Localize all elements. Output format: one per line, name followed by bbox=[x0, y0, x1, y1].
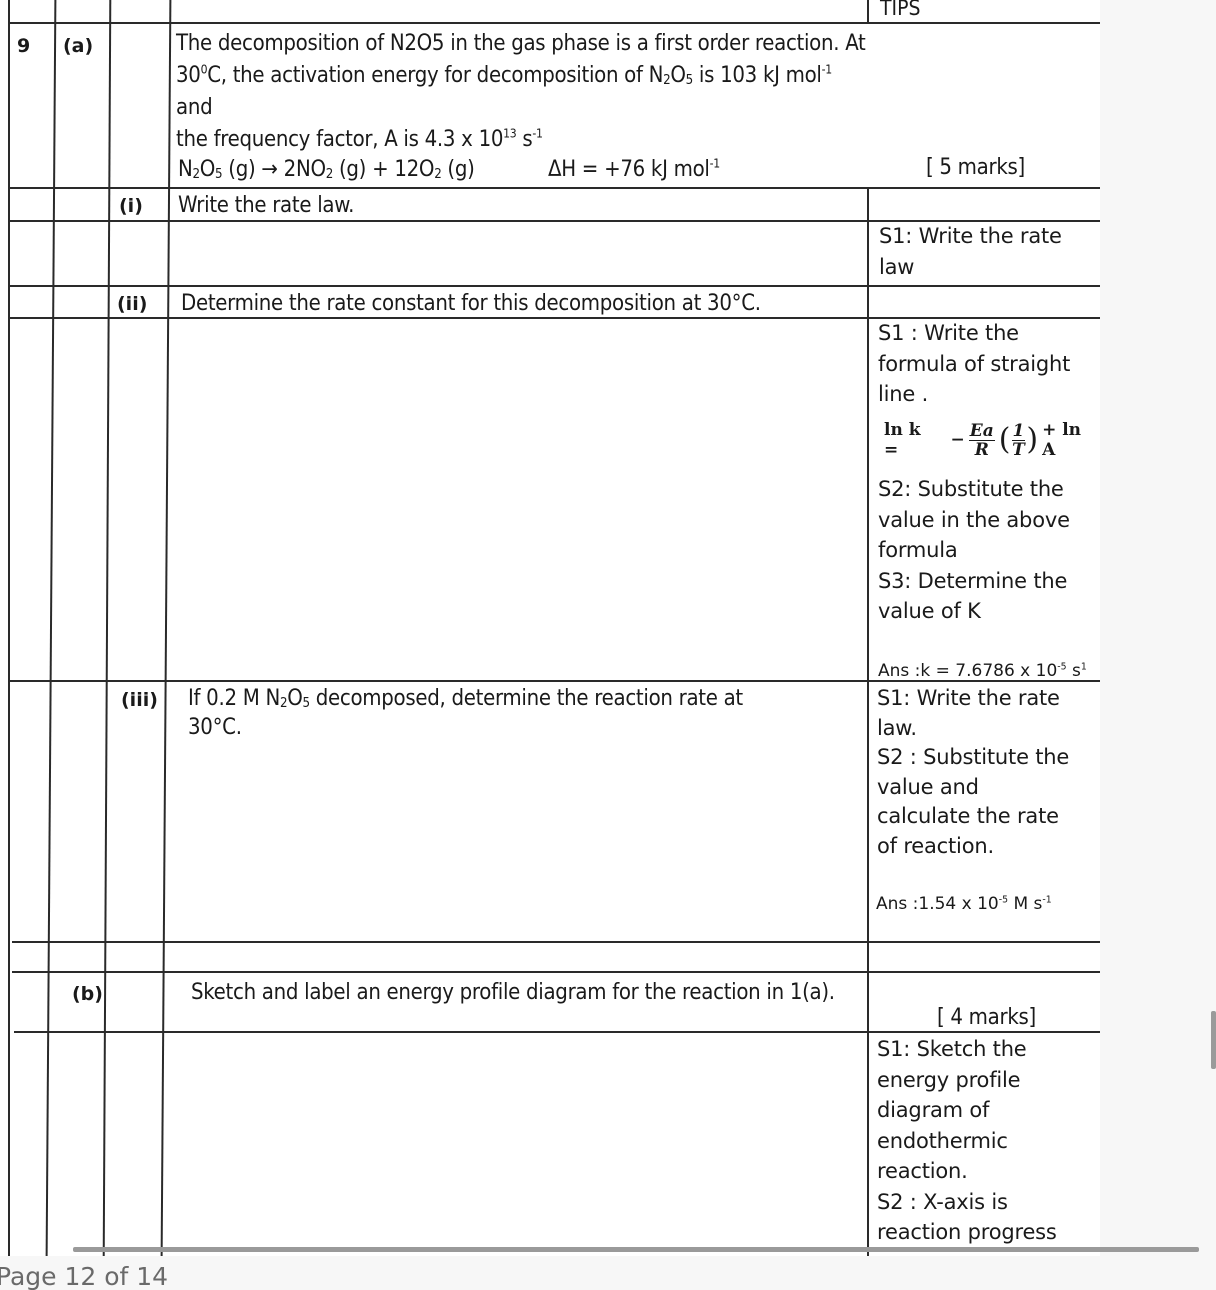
grid-line bbox=[867, 0, 869, 24]
part-b-question: Sketch and label an energy profile diagr… bbox=[191, 977, 835, 1009]
subpart-iii-tips: S1: Write the rate law. S2 : Substitute … bbox=[877, 684, 1069, 862]
grid-line bbox=[8, 285, 1100, 287]
enthalpy-change: ΔH = +76 kJ mol-1 bbox=[548, 154, 720, 186]
subpart-i-tips: S1: Write the rate law bbox=[879, 221, 1062, 282]
document-page: TIPS 9 (a) The decomposition of N2O5 in … bbox=[0, 0, 1100, 1256]
stem-line-3: the frequency factor, A is 4.3 x 1013 s-… bbox=[176, 124, 866, 156]
grid-line bbox=[867, 188, 869, 1256]
part-b-marks: [ 4 marks] bbox=[937, 1002, 1036, 1034]
arrhenius-formula: ln k = − EaR ( 1T ) + ln A bbox=[884, 420, 1100, 460]
grid-line bbox=[12, 971, 1100, 973]
grid-line bbox=[8, 187, 1100, 189]
vertical-scrollbar[interactable] bbox=[1211, 1011, 1216, 1069]
question-number: 9 bbox=[17, 30, 30, 62]
horizontal-scrollbar[interactable] bbox=[73, 1247, 1199, 1252]
subpart-i-label: (i) bbox=[119, 190, 143, 222]
subpart-ii-answer: Ans :k = 7.6786 x 10-5 s1 bbox=[878, 655, 1087, 687]
subpart-iii-label: (iii) bbox=[121, 684, 158, 716]
page-indicator: Page 12 of 14 bbox=[0, 1262, 168, 1290]
part-a-label: (a) bbox=[63, 30, 93, 62]
stem-line-1: The decomposition of N2O5 in the gas pha… bbox=[176, 28, 866, 60]
grid-line bbox=[12, 941, 1100, 943]
subpart-ii-tips-pre: S1 : Write the formula of straight line … bbox=[878, 318, 1070, 410]
part-a-marks: [ 5 marks] bbox=[926, 152, 1025, 184]
stem-line-2: 300C, the activation energy for decompos… bbox=[176, 60, 866, 124]
grid-line bbox=[8, 22, 1100, 24]
subpart-i-question: Write the rate law. bbox=[178, 190, 354, 222]
part-b-label: (b) bbox=[72, 978, 103, 1010]
part-b-tips: S1: Sketch the energy profile diagram of… bbox=[877, 1034, 1057, 1248]
subpart-ii-label: (ii) bbox=[117, 288, 147, 320]
subpart-iii-answer: Ans :1.54 x 10-5 M s-1 bbox=[876, 888, 1052, 920]
part-a-stem: The decomposition of N2O5 in the gas pha… bbox=[176, 28, 866, 156]
subpart-ii-question: Determine the rate constant for this dec… bbox=[181, 288, 761, 320]
subpart-iii-question: If 0.2 M N2O5 decomposed, determine the … bbox=[188, 684, 743, 742]
reaction-equation: N2O5 (g) → 2NO2 (g) + 12O2 (g) bbox=[178, 154, 475, 186]
subpart-ii-tips-post: S2: Substitute the value in the above fo… bbox=[878, 474, 1070, 627]
tips-header: TIPS bbox=[880, 0, 921, 24]
